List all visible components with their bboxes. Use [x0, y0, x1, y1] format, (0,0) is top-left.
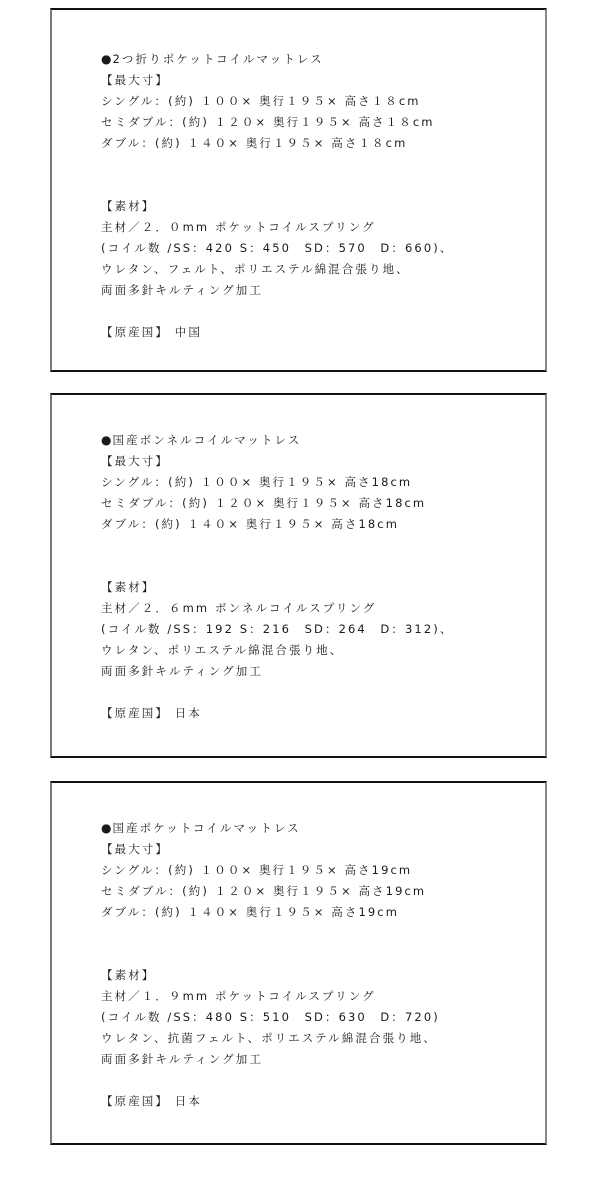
size-heading: 【最大寸】 — [101, 839, 440, 860]
spacer — [101, 154, 453, 175]
material-heading: 【素材】 — [101, 577, 453, 598]
size-double: ダブル：(約) １４０× 奥行１９５× 高さ１８cm — [101, 133, 453, 154]
size-semi-double: セミダブル：(約) １２０× 奥行１９５× 高さ１８cm — [101, 112, 453, 133]
spec-content: ●国産ポケットコイルマットレス 【最大寸】 シングル：(約) １００× 奥行１９… — [101, 818, 440, 1112]
spacer — [101, 556, 453, 577]
size-single: シングル：(約) １００× 奥行１９５× 高さ18cm — [101, 472, 453, 493]
bullet-icon: ● — [101, 433, 111, 447]
product-spec-box-3: ●国産ポケットコイルマットレス 【最大寸】 シングル：(約) １００× 奥行１９… — [50, 781, 547, 1145]
material-line: ウレタン、抗菌フェルト、ポリエステル綿混合張り地、 — [101, 1028, 440, 1049]
spacer — [101, 301, 453, 322]
spacer — [101, 682, 453, 703]
material-line: 主材／１．９mm ポケットコイルスプリング — [101, 986, 440, 1007]
product-title: ●2つ折りポケットコイルマットレス — [101, 49, 453, 70]
origin-value: 日本 — [175, 706, 202, 720]
material-line: 主材／２．０mm ポケットコイルスプリング — [101, 217, 453, 238]
material-line: (コイル数 /SS：420 S：450 SD：570 D：660)、 — [101, 238, 453, 259]
material-line: 両面多針キルティング加工 — [101, 280, 453, 301]
size-semi-double: セミダブル：(約) １２０× 奥行１９５× 高さ18cm — [101, 493, 453, 514]
bullet-icon: ● — [101, 821, 111, 835]
size-semi-double: セミダブル：(約) １２０× 奥行１９５× 高さ19cm — [101, 881, 440, 902]
origin-value: 中国 — [175, 325, 202, 339]
material-line: 両面多針キルティング加工 — [101, 661, 453, 682]
size-double: ダブル：(約) １４０× 奥行１９５× 高さ19cm — [101, 902, 440, 923]
product-title: ●国産ポケットコイルマットレス — [101, 818, 440, 839]
material-line: ウレタン、ポリエステル綿混合張り地、 — [101, 640, 453, 661]
spacer — [101, 535, 453, 556]
origin-label: 【原産国】 — [101, 325, 169, 339]
origin: 【原産国】 日本 — [101, 1091, 440, 1112]
material-line: 主材／２．６mm ボンネルコイルスプリング — [101, 598, 453, 619]
material-line: (コイル数 /SS：192 S：216 SD：264 D：312)、 — [101, 619, 453, 640]
origin-label: 【原産国】 — [101, 706, 169, 720]
spec-content: ●2つ折りポケットコイルマットレス 【最大寸】 シングル：(約) １００× 奥行… — [101, 49, 453, 343]
material-line: 両面多針キルティング加工 — [101, 1049, 440, 1070]
product-title: ●国産ボンネルコイルマットレス — [101, 430, 453, 451]
material-line: (コイル数 /SS：480 S：510 SD：630 D：720) — [101, 1007, 440, 1028]
spacer — [101, 175, 453, 196]
origin: 【原産国】 中国 — [101, 322, 453, 343]
size-heading: 【最大寸】 — [101, 70, 453, 91]
size-single: シングル：(約) １００× 奥行１９５× 高さ１８cm — [101, 91, 453, 112]
product-spec-box-1: ●2つ折りポケットコイルマットレス 【最大寸】 シングル：(約) １００× 奥行… — [50, 8, 547, 372]
bullet-icon: ● — [101, 52, 111, 66]
spec-content: ●国産ボンネルコイルマットレス 【最大寸】 シングル：(約) １００× 奥行１９… — [101, 430, 453, 724]
spacer — [101, 923, 440, 944]
origin-label: 【原産国】 — [101, 1094, 169, 1108]
spacer — [101, 1070, 440, 1091]
size-heading: 【最大寸】 — [101, 451, 453, 472]
product-title-text: 2つ折りポケットコイルマットレス — [112, 52, 323, 66]
product-spec-box-2: ●国産ボンネルコイルマットレス 【最大寸】 シングル：(約) １００× 奥行１９… — [50, 393, 547, 758]
product-title-text: 国産ポケットコイルマットレス — [112, 821, 300, 835]
origin-value: 日本 — [175, 1094, 202, 1108]
spacer — [101, 944, 440, 965]
product-title-text: 国産ボンネルコイルマットレス — [112, 433, 301, 447]
material-line: ウレタン、フェルト、ポリエステル綿混合張り地、 — [101, 259, 453, 280]
material-heading: 【素材】 — [101, 196, 453, 217]
origin: 【原産国】 日本 — [101, 703, 453, 724]
material-heading: 【素材】 — [101, 965, 440, 986]
size-double: ダブル：(約) １４０× 奥行１９５× 高さ18cm — [101, 514, 453, 535]
size-single: シングル：(約) １００× 奥行１９５× 高さ19cm — [101, 860, 440, 881]
